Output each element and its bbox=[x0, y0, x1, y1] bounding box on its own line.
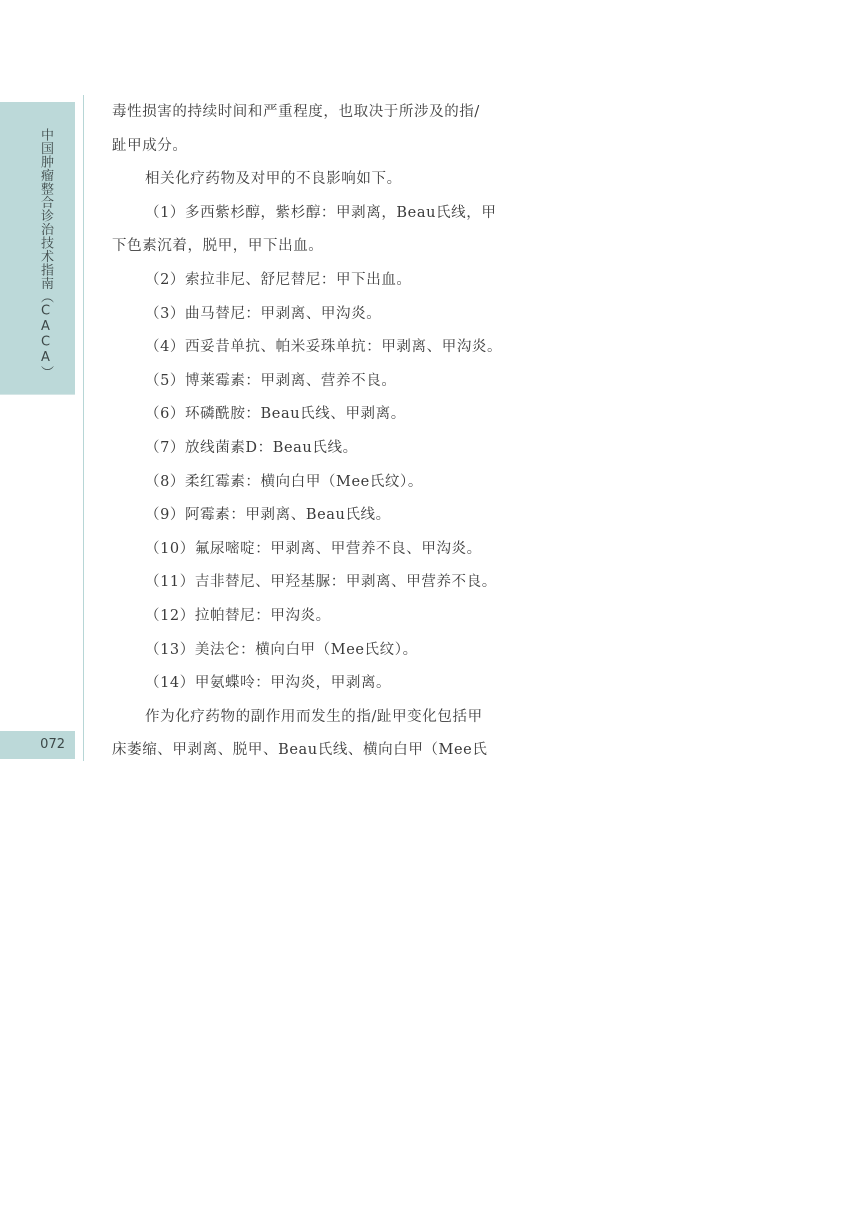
list-item: （2）索拉非尼、舒尼替尼：甲下出血。 bbox=[112, 267, 516, 301]
list-item: （10）氟尿嘧啶：甲剥离、甲营养不良、甲沟炎。 bbox=[112, 536, 516, 570]
paragraph-intro: 相关化疗药物及对甲的不良影响如下。 bbox=[112, 166, 516, 200]
list-item: （4）西妥昔单抗、帕米妥珠单抗：甲剥离、甲沟炎。 bbox=[112, 334, 516, 368]
list-item: （14）甲氨蝶呤：甲沟炎，甲剥离。 bbox=[112, 670, 516, 704]
list-item: （9）阿霉素：甲剥离、Beau氏线。 bbox=[112, 502, 516, 536]
body-text: 毒性损害的持续时间和严重程度，也取决于所涉及的指/ 趾甲成分。 相关化疗药物及对… bbox=[112, 99, 516, 771]
page-number-box: 072 bbox=[0, 731, 75, 759]
list-item: （6）环磷酰胺：Beau氏线、甲剥离。 bbox=[112, 401, 516, 435]
paragraph-summary: 作为化疗药物的副作用而发生的指/趾甲变化包括甲 bbox=[112, 704, 516, 738]
list-item: （13）美法仑：横向白甲（Mee氏纹）。 bbox=[112, 637, 516, 671]
list-item: （1）多西紫杉醇，紫杉醇：甲剥离，Beau氏线，甲 bbox=[112, 200, 516, 234]
list-item: （3）曲马替尼：甲剥离、甲沟炎。 bbox=[112, 301, 516, 335]
list-item-continuation: 下色素沉着，脱甲，甲下出血。 bbox=[112, 233, 516, 267]
list-item: （11）吉非替尼、甲羟基脲：甲剥离、甲营养不良。 bbox=[112, 569, 516, 603]
list-item: （7）放线菌素D：Beau氏线。 bbox=[112, 435, 516, 469]
running-title: 中国肿瘤整合诊治技术指南（CACA） bbox=[35, 128, 55, 379]
list-item: （12）拉帕替尼：甲沟炎。 bbox=[112, 603, 516, 637]
list-item: （8）柔红霉素：横向白甲（Mee氏纹）。 bbox=[112, 469, 516, 503]
list-item: （5）博莱霉素：甲剥离、营养不良。 bbox=[112, 368, 516, 402]
text-line: 毒性损害的持续时间和严重程度，也取决于所涉及的指/ bbox=[112, 99, 516, 133]
paragraph-summary-continuation: 床萎缩、甲剥离、脱甲、Beau氏线、横向白甲（Mee氏 bbox=[112, 737, 516, 771]
margin-divider bbox=[83, 95, 84, 761]
text-line: 趾甲成分。 bbox=[112, 133, 516, 167]
page-number: 072 bbox=[40, 737, 65, 752]
